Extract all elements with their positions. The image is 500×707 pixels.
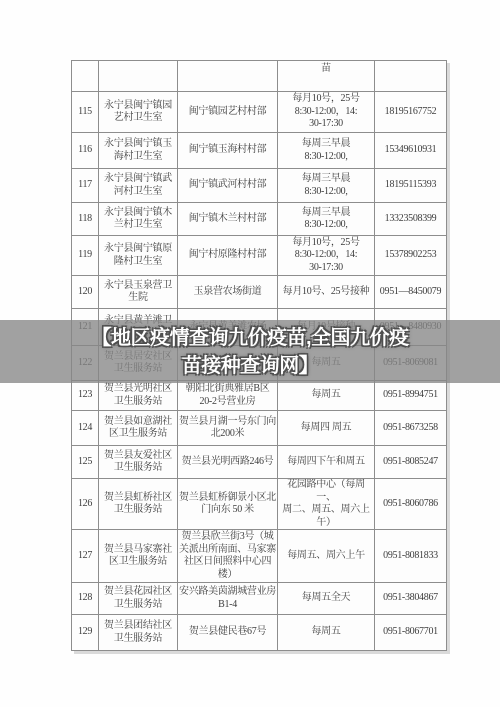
schedule-cell: 每周五全天 [278, 583, 375, 615]
unit-name-cell: 永宁县闽宁镇原隆村卫生室 [99, 236, 178, 276]
schedule-cell: 每月10号、25号接种 [278, 276, 375, 309]
phone-cell: 0951-8081833 [375, 530, 447, 583]
unit-name-cell: 永宁县闽宁镇玉海村卫生室 [99, 133, 178, 169]
row-number-cell: 118 [72, 203, 99, 236]
watermark-line2: 苗接种查询网】 [182, 352, 319, 380]
phone-cell: 18195167752 [375, 92, 447, 133]
schedule-cell: 每周五 [278, 615, 375, 651]
phone-cell: 15378902253 [375, 236, 447, 276]
address-cell: 玉泉营农场街道 [178, 276, 278, 309]
table-row: 120 永宁县玉泉营卫生院 玉泉营农场街道 每月10号、25号接种 0951—8… [72, 276, 447, 309]
unit-name-cell: 贺兰县马家寨社区卫生服务站 [99, 530, 178, 583]
watermark-overlay: 【地区疫情查询九价疫苗,全国九价疫 苗接种查询网】 [0, 320, 500, 383]
schedule-cell: 每周三早晨 8:30-12:00, [278, 169, 375, 203]
phone-cell [375, 61, 447, 92]
row-number-cell: 129 [72, 615, 99, 651]
phone-cell: 15349610931 [375, 133, 447, 169]
phone-cell: 13323508399 [375, 203, 447, 236]
address-cell: 闽宁镇园艺村村部 [178, 92, 278, 133]
unit-name-cell: 永宁县闽宁镇园艺村卫生室 [99, 92, 178, 133]
table-row: 129 贺兰县团结社区卫生服务站 贺兰县健民巷67号 每周五 0951-8067… [72, 615, 447, 651]
phone-cell: 0951-8994751 [375, 381, 447, 411]
table-row: 117 永宁县闽宁镇武河村卫生室 闽宁镇武河村村部 每周三早晨 8:30-12:… [72, 169, 447, 203]
table-row: 125 贺兰县友爱社区卫生服务站 贺兰县光明西路246号 每周四下午和周五 09… [72, 446, 447, 479]
address-cell: 贺兰县月湖一号东门向 北200米 [178, 411, 278, 446]
row-number-cell: 115 [72, 92, 99, 133]
row-number-cell: 125 [72, 446, 99, 479]
table-row: 115 永宁县闽宁镇园艺村卫生室 闽宁镇园艺村村部 每月10号，25号 8:30… [72, 92, 447, 133]
row-number-cell: 119 [72, 236, 99, 276]
unit-name-cell [99, 61, 178, 92]
row-number-cell: 126 [72, 479, 99, 530]
row-number-cell: 116 [72, 133, 99, 169]
address-cell: 朝阳北街典雅居B区 20-2号营业房 [178, 381, 278, 411]
schedule-cell: 每周三早晨 8:30-12:00, [278, 203, 375, 236]
phone-cell: 0951-8085247 [375, 446, 447, 479]
phone-cell: 0951—8450079 [375, 276, 447, 309]
schedule-cell: 每周五 [278, 381, 375, 411]
schedule-cell: 每周五、周六上午 [278, 530, 375, 583]
unit-name-cell: 贺兰县花园社区卫生服务站 [99, 583, 178, 615]
schedule-cell: 每周四 周五 [278, 411, 375, 446]
table-row: 126 贺兰县虹桥社区卫生服务站 贺兰县虹桥御景小区北 门向东 50 米 花园路… [72, 479, 447, 530]
phone-cell: 0951-8060786 [375, 479, 447, 530]
unit-name-cell: 贺兰县团结社区卫生服务站 [99, 615, 178, 651]
schedule-cell: 每周三早晨 8:30-12:00, [278, 133, 375, 169]
row-number-cell: 128 [72, 583, 99, 615]
table-row: 124 贺兰县如意湖社区卫生服务站 贺兰县月湖一号东门向 北200米 每周四 周… [72, 411, 447, 446]
unit-name-cell: 永宁县玉泉营卫生院 [99, 276, 178, 309]
unit-name-cell: 贺兰县虹桥社区卫生服务站 [99, 479, 178, 530]
table-row: 128 贺兰县花园社区卫生服务站 安兴路美茵湖城营业房 B1-4 每周五全天 0… [72, 583, 447, 615]
row-number-cell: 117 [72, 169, 99, 203]
phone-cell: 0951-8067701 [375, 615, 447, 651]
phone-cell: 18195115393 [375, 169, 447, 203]
schedule-cell: 每月10号，25号 8:30-12:00，14: 30-17:30 [278, 236, 375, 276]
address-cell [178, 61, 278, 92]
unit-name-cell: 贺兰县友爱社区卫生服务站 [99, 446, 178, 479]
unit-name-cell: 贺兰县光明社区卫生服务站 [99, 381, 178, 411]
schedule-cell: 每周四下午和周五 [278, 446, 375, 479]
address-cell: 贺兰县虹桥御景小区北 门向东 50 米 [178, 479, 278, 530]
schedule-cell: 苗 [278, 61, 375, 92]
address-cell: 闽宁镇木兰村村部 [178, 203, 278, 236]
table-row: 116 永宁县闽宁镇玉海村卫生室 闽宁镇玉海村村部 每周三早晨 8:30-12:… [72, 133, 447, 169]
table-row: 118 永宁县闽宁镇木兰村卫生室 闽宁镇木兰村村部 每周三早晨 8:30-12:… [72, 203, 447, 236]
table-row: 119 永宁县闽宁镇原隆村卫生室 闽宁村原隆村村部 每月10号，25号 8:30… [72, 236, 447, 276]
address-cell: 安兴路美茵湖城营业房 B1-4 [178, 583, 278, 615]
unit-name-cell: 永宁县闽宁镇木兰村卫生室 [99, 203, 178, 236]
table-row: 123 贺兰县光明社区卫生服务站 朝阳北街典雅居B区 20-2号营业房 每周五 … [72, 381, 447, 411]
unit-name-cell: 永宁县闽宁镇武河村卫生室 [99, 169, 178, 203]
phone-cell: 0951-8673258 [375, 411, 447, 446]
row-number-cell: 127 [72, 530, 99, 583]
address-cell: 闽宁村原隆村村部 [178, 236, 278, 276]
partial-header-row: 苗 [72, 61, 447, 92]
row-number-cell: 123 [72, 381, 99, 411]
row-number-cell: 124 [72, 411, 99, 446]
watermark-line1: 【地区疫情查询九价疫苗,全国九价疫 [91, 324, 408, 352]
schedule-cell: 花园路中心（每周一、 周二、周五、周六上午） [278, 479, 375, 530]
row-number-cell [72, 61, 99, 92]
address-cell: 闽宁镇武河村村部 [178, 169, 278, 203]
address-cell: 贺兰县健民巷67号 [178, 615, 278, 651]
scanned-document-page: 苗 115 永宁县闽宁镇园艺村卫生室 闽宁镇园艺村村部 每月10号，25号 8:… [0, 0, 500, 707]
address-cell: 贺兰县欣兰街3号（城 关派出所南面、马家寨 社区日间照料中心四 楼） [178, 530, 278, 583]
phone-cell: 0951-3804867 [375, 583, 447, 615]
address-cell: 贺兰县光明西路246号 [178, 446, 278, 479]
unit-name-cell: 贺兰县如意湖社区卫生服务站 [99, 411, 178, 446]
schedule-cell: 每月10号，25号 8:30-12:00，14: 30-17:30 [278, 92, 375, 133]
row-number-cell: 120 [72, 276, 99, 309]
table-row: 127 贺兰县马家寨社区卫生服务站 贺兰县欣兰街3号（城 关派出所南面、马家寨 … [72, 530, 447, 583]
address-cell: 闽宁镇玉海村村部 [178, 133, 278, 169]
